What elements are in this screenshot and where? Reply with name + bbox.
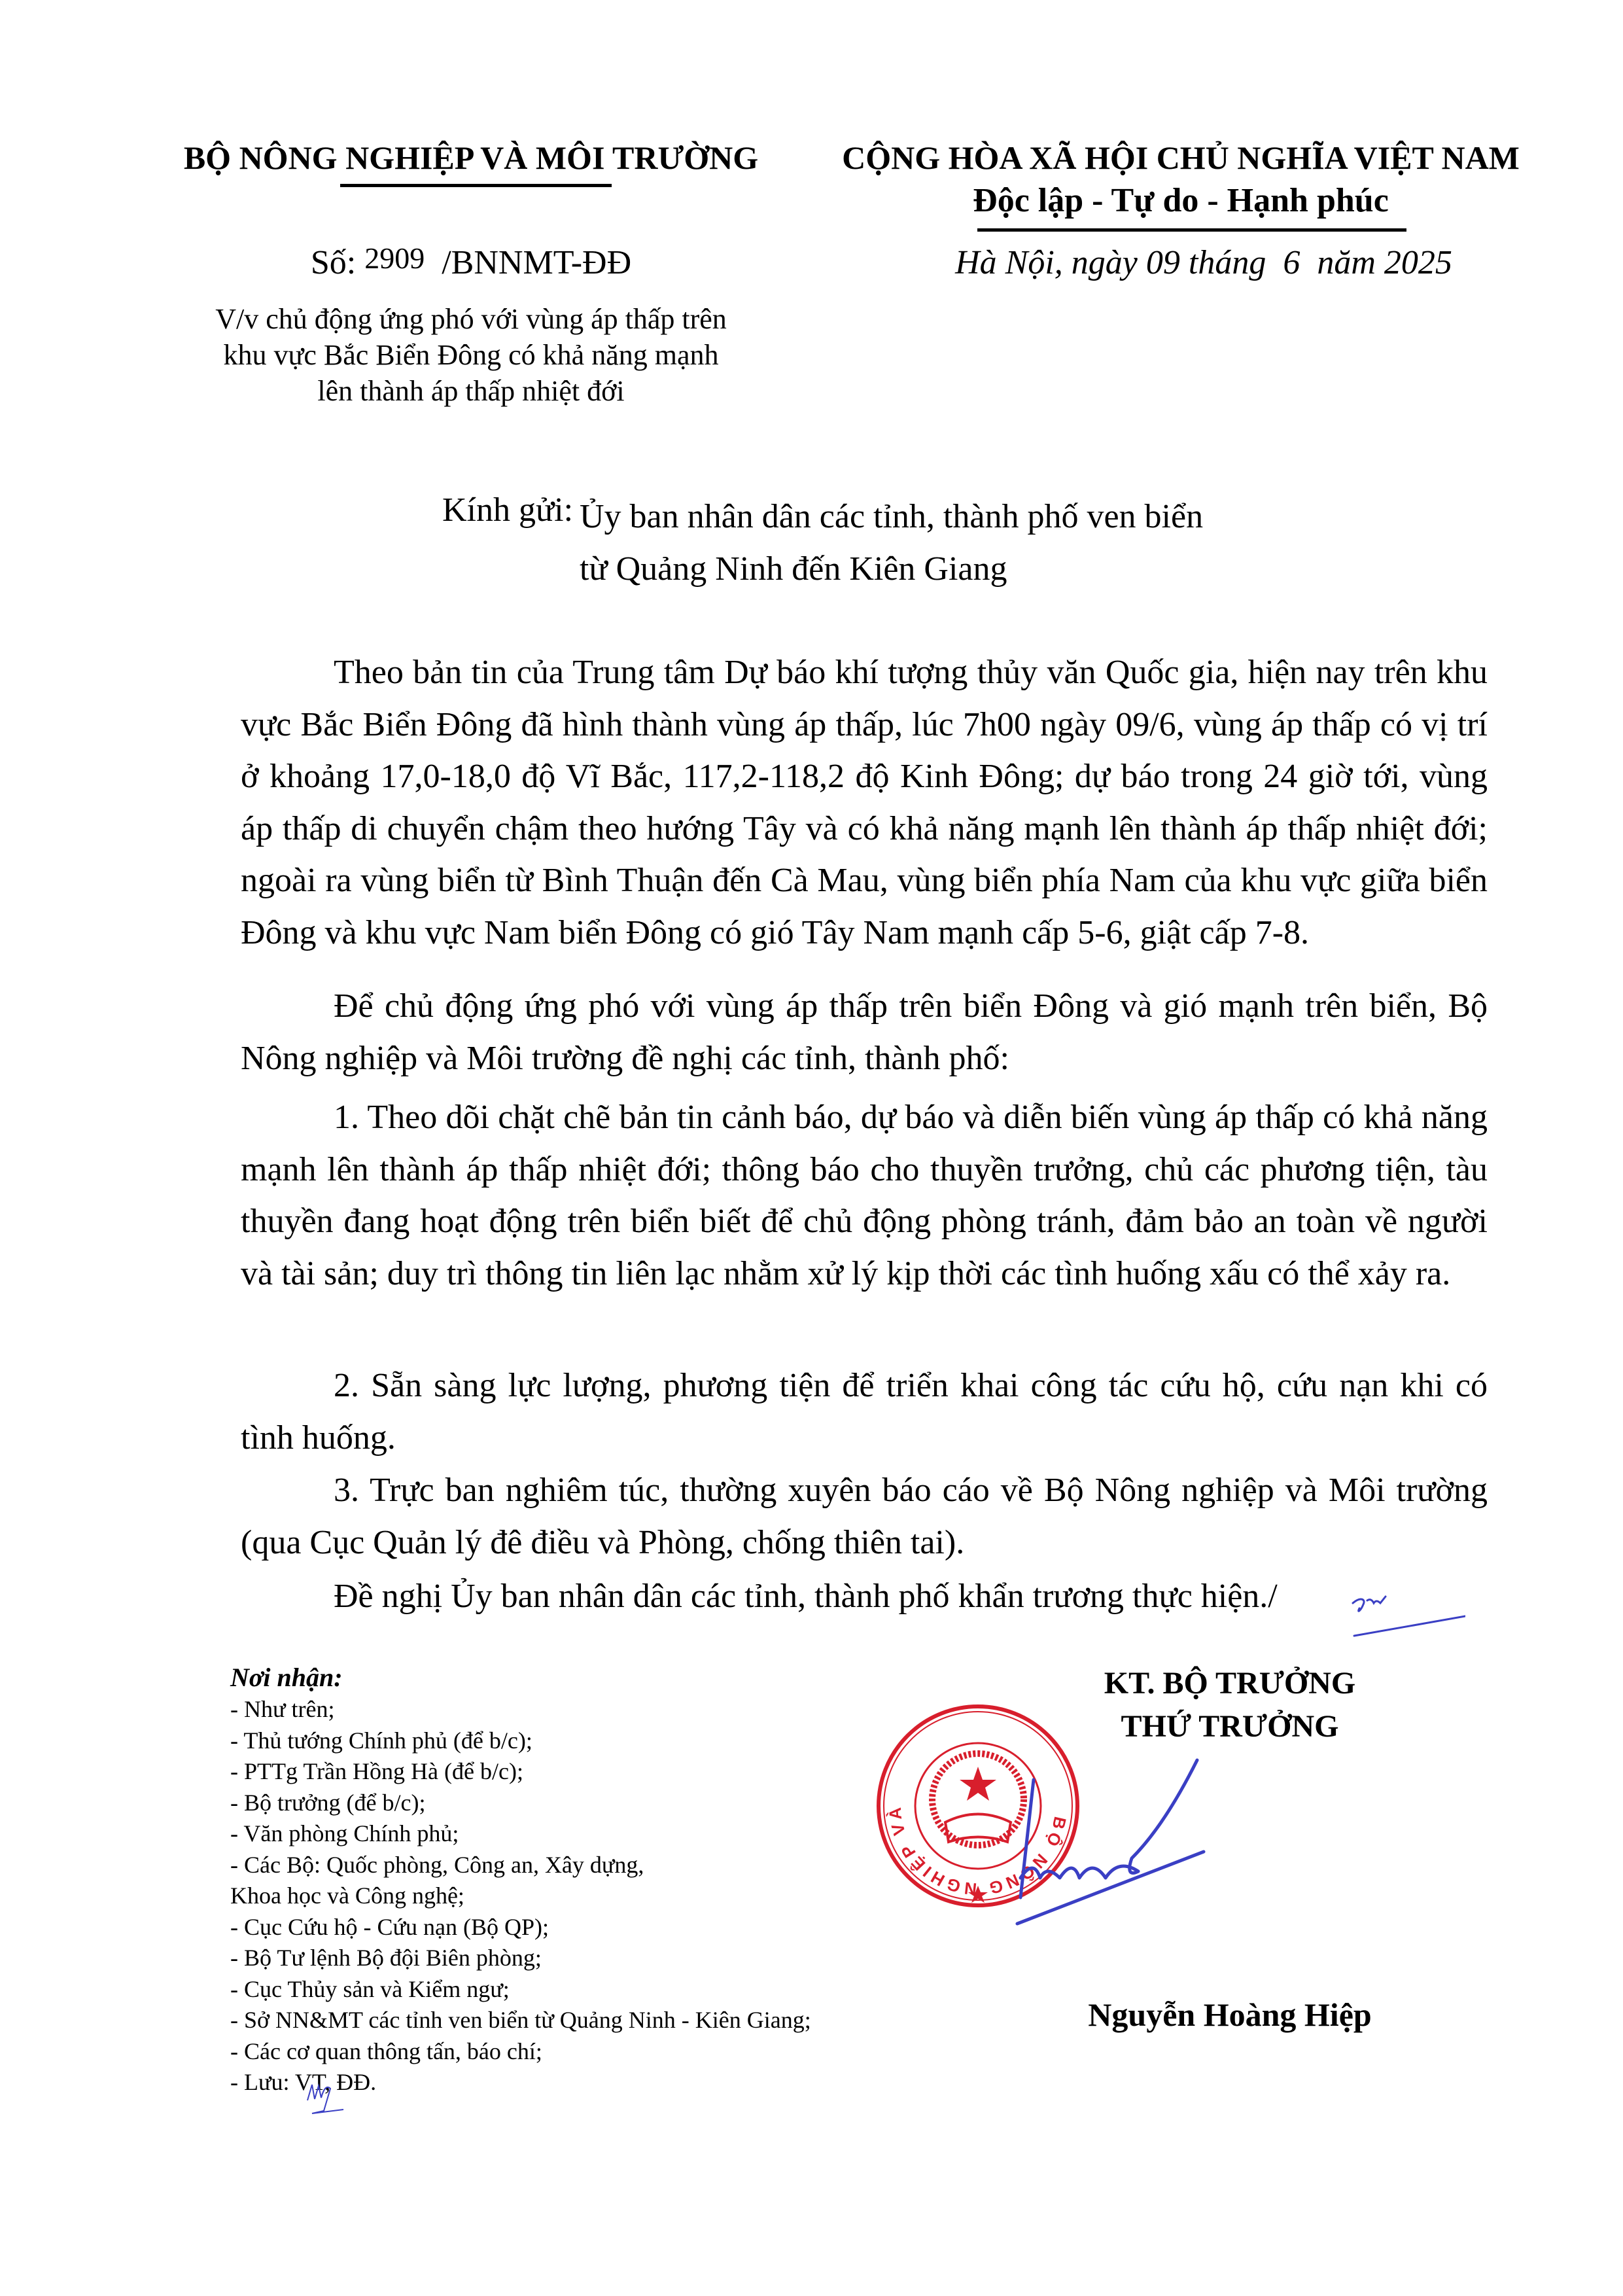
initial-mark-icon — [304, 2081, 350, 2120]
addressee-line: từ Quảng Ninh đến Kiên Giang — [580, 543, 1430, 595]
recipients-list: - Như trên; - Thủ tướng Chính phủ (để b/… — [230, 1694, 983, 2098]
national-motto: Độc lập - Tự do - Hạnh phúc — [805, 181, 1557, 220]
body-paragraph-request: Để chủ động ứng phó với vùng áp thấp trê… — [241, 980, 1488, 1084]
document-number: Số: 2909 /BNNMT-ĐĐ — [150, 243, 792, 282]
recipient-item: Khoa học và Công nghệ; — [230, 1881, 983, 1912]
issue-date: Hà Nội, ngày 09 tháng 6 năm 2025 — [850, 243, 1557, 282]
recipient-item: - Bộ trưởng (để b/c); — [230, 1788, 983, 1819]
recipient-item: - Như trên; — [230, 1694, 983, 1725]
subject-line: V/v chủ động ứng phó với vùng áp thấp tr… — [150, 301, 792, 337]
doc-number-value: 2909 — [364, 241, 425, 275]
subject-line: khu vực Bắc Biển Đông có khả năng mạnh — [150, 337, 792, 373]
recipient-item: - Các Bộ: Quốc phòng, Công an, Xây dựng, — [230, 1850, 983, 1881]
agency-name: BỘ NÔNG NGHIỆP VÀ MÔI TRƯỜNG — [150, 139, 792, 177]
addressee: Ủy ban nhân dân các tỉnh, thành phố ven … — [580, 491, 1430, 595]
recipient-item: - Bộ Tư lệnh Bộ đội Biên phòng; — [230, 1943, 983, 1974]
addressee-line: Ủy ban nhân dân các tỉnh, thành phố ven … — [580, 491, 1430, 543]
agency-underline — [340, 184, 612, 187]
signer-name: Nguyễn Hoàng Hiệp — [981, 1996, 1478, 2034]
body-closing: Đề nghị Ủy ban nhân dân các tỉnh, thành … — [241, 1570, 1488, 1623]
recipient-item: - Sở NN&MT các tỉnh ven biển từ Quảng Ni… — [230, 2005, 983, 2036]
recipient-item: - PTTg Trần Hồng Hà (để b/c); — [230, 1756, 983, 1788]
subject-line: lên thành áp thấp nhiệt đới — [150, 373, 792, 409]
body-paragraph-weather: Theo bản tin của Trung tâm Dự báo khí tư… — [241, 646, 1488, 959]
doc-number-suffix: /BNNMT-ĐĐ — [442, 244, 631, 281]
addressee-label: Kính gửi: — [442, 491, 573, 529]
initial-mark-icon — [1348, 1577, 1465, 1642]
body-item-3: 3. Trực ban nghiêm túc, thường xuyên báo… — [241, 1464, 1488, 1568]
doc-number-prefix: Số: — [311, 244, 356, 281]
recipients-title: Nơi nhận: — [230, 1662, 343, 1693]
motto-underline — [977, 228, 1406, 232]
document-subject: V/v chủ động ứng phó với vùng áp thấp tr… — [150, 301, 792, 409]
recipient-item: - Cục Cứu hộ - Cứu nạn (Bộ QP); — [230, 1912, 983, 1943]
recipient-item: - Các cơ quan thông tấn, báo chí; — [230, 2036, 983, 2068]
recipient-item: - Thủ tướng Chính phủ (để b/c); — [230, 1725, 983, 1757]
country-name: CỘNG HÒA XÃ HỘI CHỦ NGHĨA VIỆT NAM — [805, 139, 1557, 177]
recipient-item: - Cục Thủy sản và Kiểm ngư; — [230, 1974, 983, 2005]
body-item-2: 2. Sẵn sàng lực lượng, phương tiện để tr… — [241, 1360, 1488, 1464]
handwritten-signature-icon — [981, 1727, 1308, 1950]
signature-title-line1: KT. BỘ TRƯỞNG — [981, 1662, 1478, 1705]
recipient-item: - Văn phòng Chính phủ; — [230, 1818, 983, 1850]
body-item-1: 1. Theo dõi chặt chẽ bản tin cảnh báo, d… — [241, 1091, 1488, 1299]
